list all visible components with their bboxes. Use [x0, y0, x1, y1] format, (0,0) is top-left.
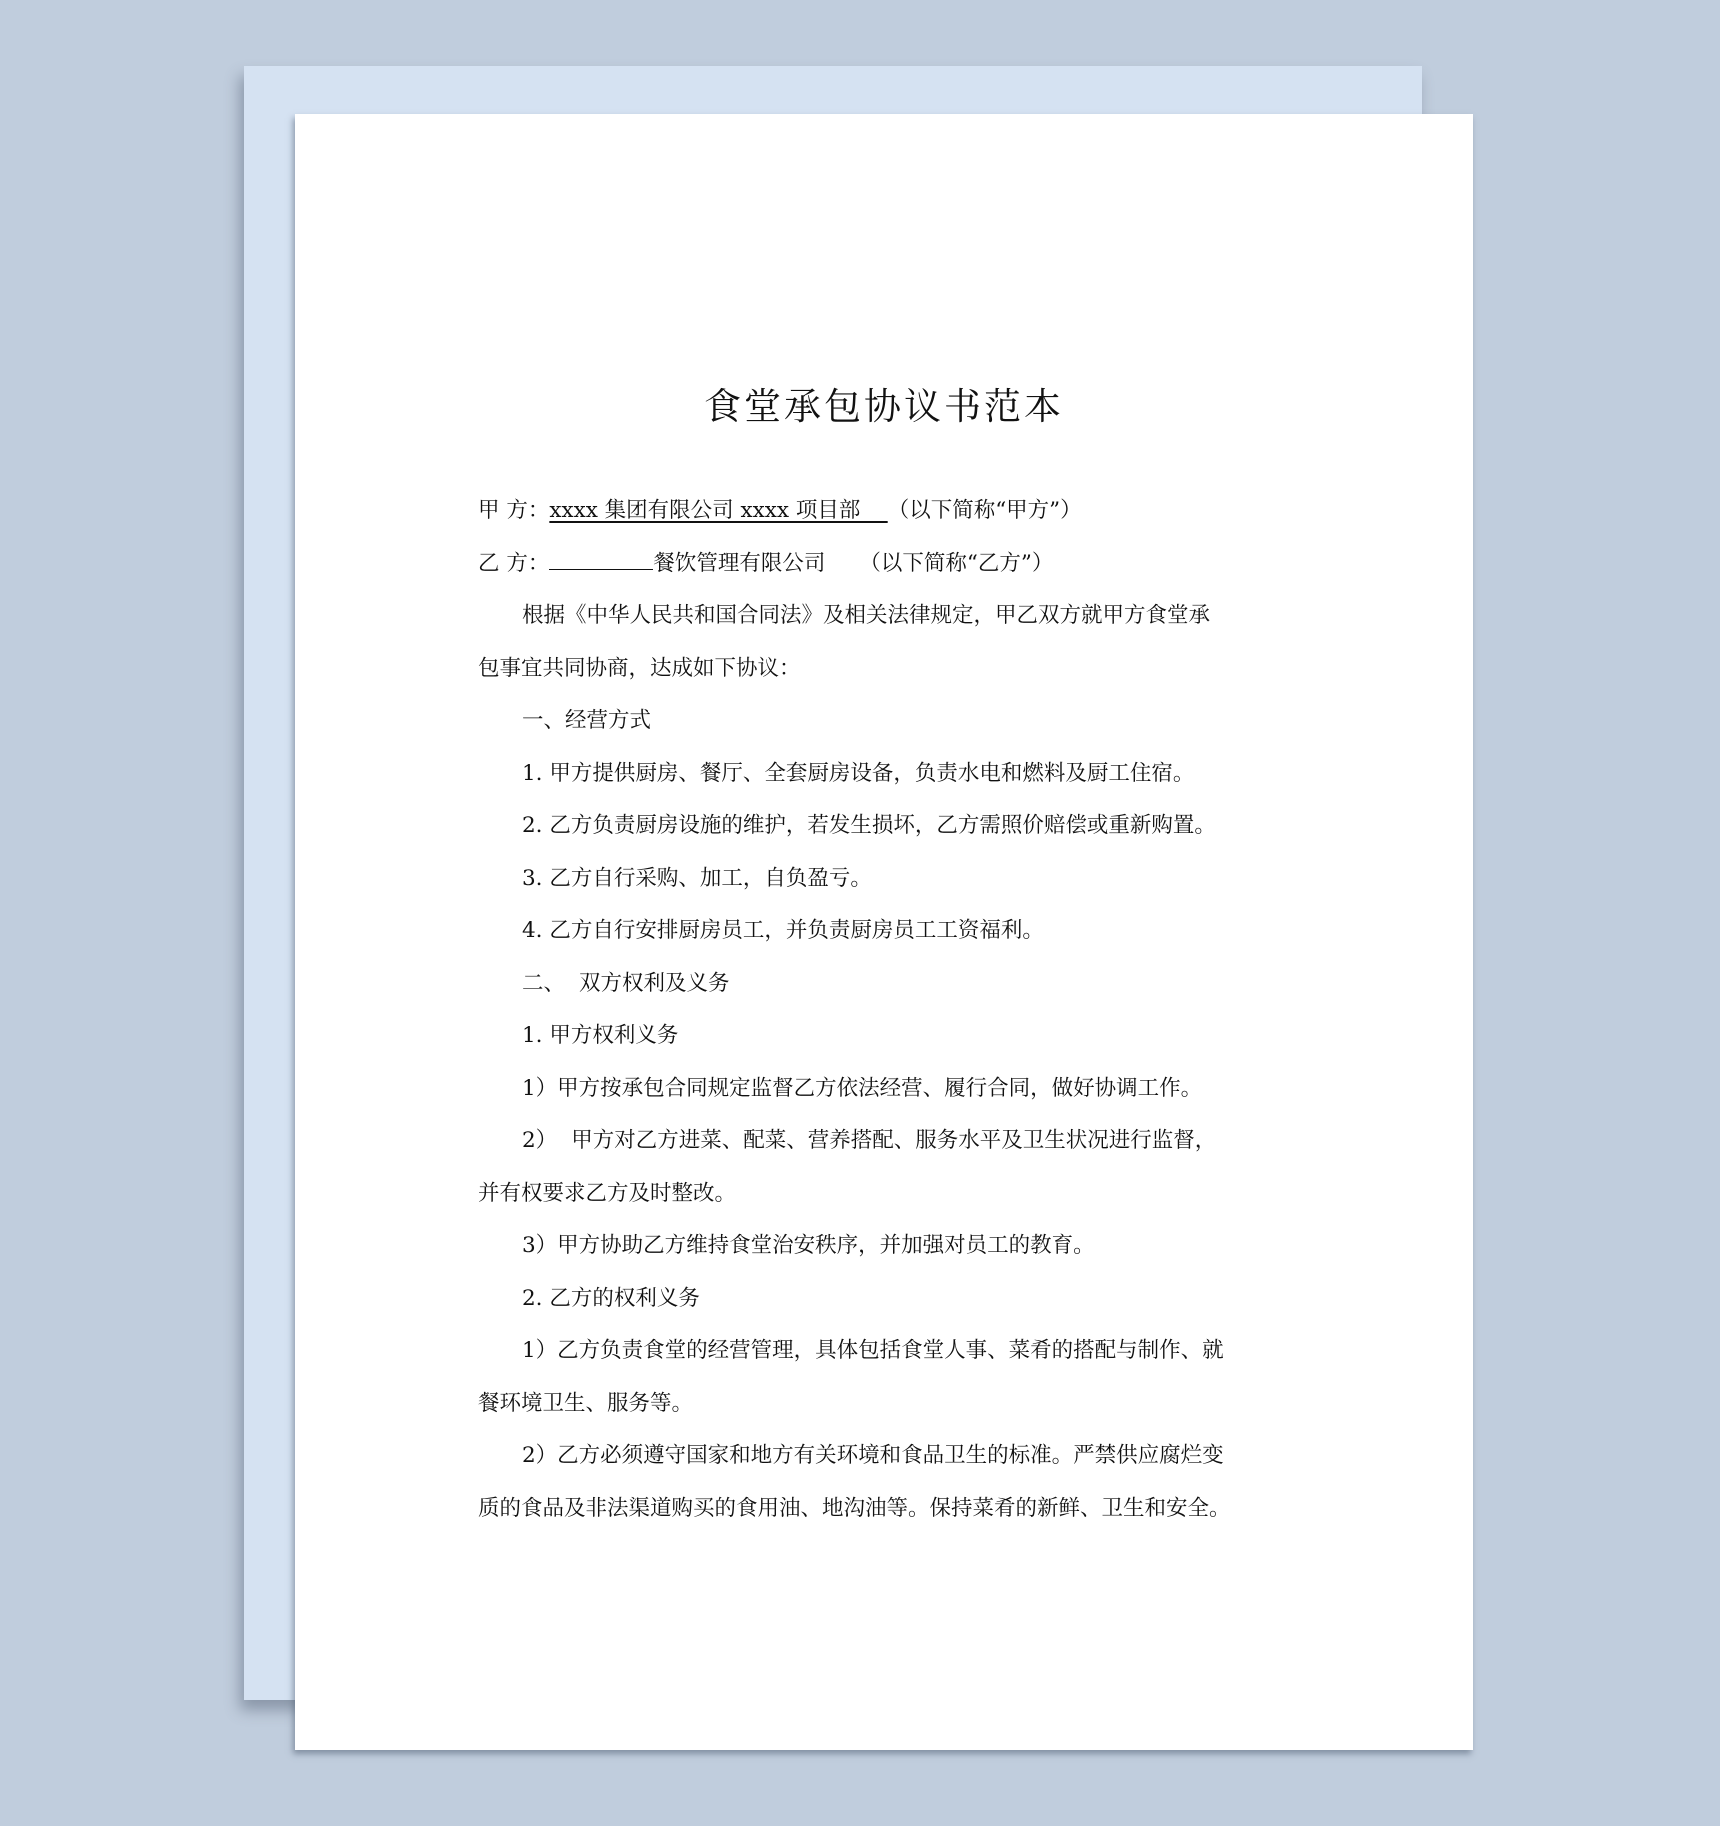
- section2-sub1-item-3: 3）甲方协助乙方维持食堂治安秩序，并加强对员工的教育。: [478, 1220, 1308, 1273]
- party-b-blank: [549, 549, 653, 570]
- section2-sub1-item-2-text: 甲方对乙方进菜、配菜、营养搭配、服务水平及卫生状况进行监督，: [571, 1128, 1216, 1153]
- party-a-line: 甲 方：xxxx 集团有限公司 xxxx 项目部 （以下简称“甲方”）: [478, 485, 1308, 538]
- section2-sub1-item-1: 1）甲方按承包合同规定监督乙方依法经营、履行合同，做好协调工作。: [478, 1063, 1308, 1116]
- party-a-note: （以下简称“甲方”）: [888, 498, 1082, 523]
- section2-heading-num: 二、: [522, 971, 565, 996]
- section2-sub1-item-2-num: 2）: [522, 1128, 557, 1153]
- section2-sub2-item-1: 1）乙方负责食堂的经营管理，具体包括食堂人事、菜肴的搭配与制作、就: [478, 1325, 1308, 1378]
- document-body: 甲 方：xxxx 集团有限公司 xxxx 项目部 （以下简称“甲方”） 乙 方：…: [478, 485, 1308, 1535]
- section1-item-3: 3. 乙方自行采购、加工，自负盈亏。: [478, 853, 1308, 906]
- section2-heading-text: 双方权利及义务: [579, 971, 730, 996]
- party-a-value: xxxx 集团有限公司 xxxx 项目部: [549, 498, 887, 523]
- section1-item-2: 2. 乙方负责厨房设施的维护，若发生损坏，乙方需照价赔偿或重新购置。: [478, 800, 1308, 853]
- party-b-value: 餐饮管理有限公司: [653, 551, 825, 576]
- section1-item-1: 1. 甲方提供厨房、餐厅、全套厨房设备，负责水电和燃料及厨工住宿。: [478, 748, 1308, 801]
- preamble-line-1: 根据《中华人民共和国合同法》及相关法律规定，甲乙双方就甲方食堂承: [478, 590, 1308, 643]
- section2-heading: 二、双方权利及义务: [478, 958, 1308, 1011]
- section1-item-4: 4. 乙方自行安排厨房员工，并负责厨房员工工资福利。: [478, 905, 1308, 958]
- section2-sub1-item-2-cont: 并有权要求乙方及时整改。: [478, 1168, 1308, 1221]
- section1-heading: 一、经营方式: [478, 695, 1308, 748]
- section2-sub1-heading: 1. 甲方权利义务: [478, 1010, 1308, 1063]
- section2-sub1-item-2: 2）甲方对乙方进菜、配菜、营养搭配、服务水平及卫生状况进行监督，: [478, 1115, 1308, 1168]
- party-a-label: 甲 方：: [478, 498, 549, 523]
- section2-sub2-heading: 2. 乙方的权利义务: [478, 1273, 1308, 1326]
- document-title: 食堂承包协议书范本: [295, 376, 1473, 430]
- party-b-line: 乙 方：餐饮管理有限公司（以下简称“乙方”）: [478, 538, 1308, 591]
- section2-sub2-item-2-cont: 质的食品及非法渠道购买的食用油、地沟油等。保持菜肴的新鲜、卫生和安全。: [478, 1483, 1308, 1536]
- section2-sub2-item-2: 2）乙方必须遵守国家和地方有关环境和食品卫生的标准。严禁供应腐烂变: [478, 1430, 1308, 1483]
- preamble-line-2: 包事宜共同协商，达成如下协议：: [478, 643, 1308, 696]
- party-b-note: （以下简称“乙方”）: [859, 551, 1053, 576]
- section2-sub2-item-1-cont: 餐环境卫生、服务等。: [478, 1378, 1308, 1431]
- party-b-label: 乙 方：: [478, 551, 549, 576]
- document-page: 食堂承包协议书范本 甲 方：xxxx 集团有限公司 xxxx 项目部 （以下简称…: [295, 114, 1473, 1750]
